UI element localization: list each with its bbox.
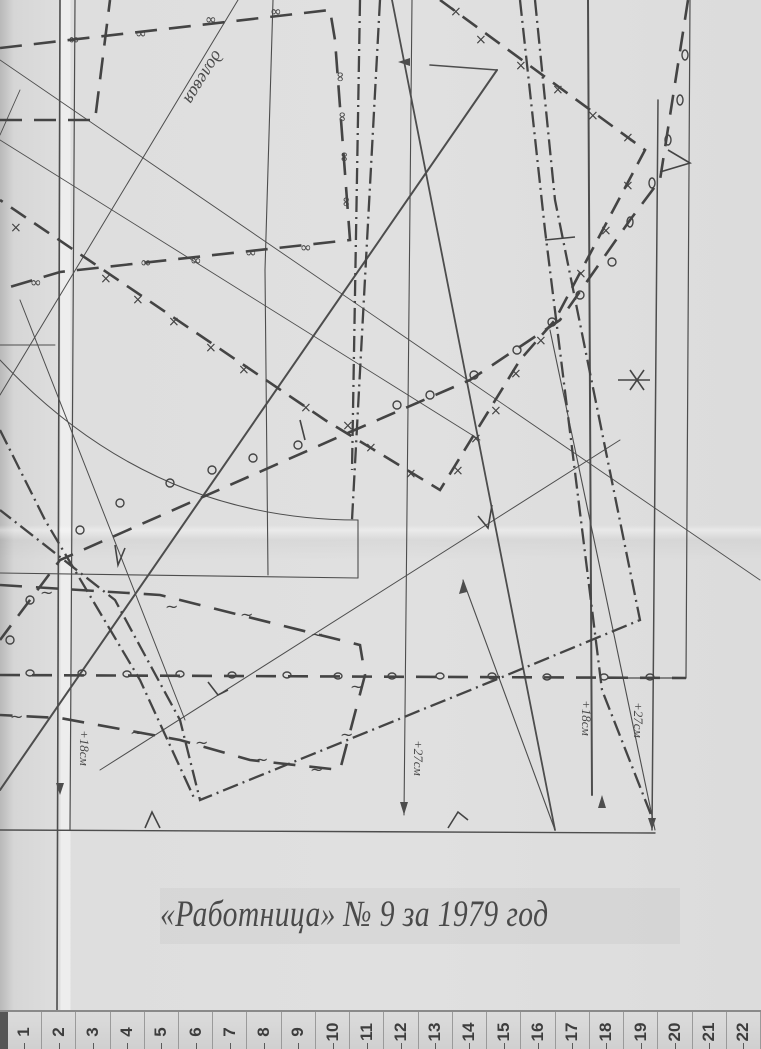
svg-text:~: ~ (130, 723, 143, 742)
svg-text:∞: ∞ (140, 255, 152, 271)
svg-text:×: × (515, 58, 527, 74)
svg-text:∞: ∞ (338, 196, 354, 208)
left-border-line (57, 0, 60, 1010)
svg-text:×: × (405, 466, 417, 482)
svg-text:×: × (535, 333, 547, 349)
svg-text:×: × (510, 366, 522, 382)
svg-text:×: × (575, 266, 587, 282)
svg-text:∞: ∞ (205, 12, 217, 28)
svg-text:~: ~ (310, 625, 323, 644)
svg-text:∞: ∞ (30, 275, 42, 291)
ruler-mark: 6 (179, 1012, 213, 1049)
svg-text:×: × (168, 314, 180, 330)
svg-text:~: ~ (255, 750, 268, 769)
magazine-caption: «Работница» № 9 за 1979 год (160, 893, 576, 936)
ruler-mark: 12 (384, 1012, 418, 1049)
ruler-mark: 4 (111, 1012, 145, 1049)
svg-text:~: ~ (310, 760, 323, 779)
svg-text:~: ~ (240, 605, 253, 624)
ruler-mark: 7 (213, 1012, 247, 1049)
svg-text:∞: ∞ (332, 71, 348, 83)
svg-text:×: × (205, 340, 217, 356)
ruler-mark: 9 (282, 1012, 316, 1049)
extension-label-middle-27cm: +27см (410, 740, 426, 776)
svg-text:∞: ∞ (270, 4, 282, 20)
ruler-mark: 15 (487, 1012, 521, 1049)
ruler-mark: 21 (693, 1012, 727, 1049)
svg-text:×: × (470, 431, 482, 447)
ruler-mark: 17 (556, 1012, 590, 1049)
ruler-mark: 16 (521, 1012, 555, 1049)
ruler-mark: 5 (145, 1012, 179, 1049)
svg-text:∞: ∞ (68, 32, 80, 48)
svg-text:×: × (238, 362, 250, 378)
svg-text:×: × (587, 108, 599, 124)
ruler-mark: 10 (316, 1012, 350, 1049)
svg-text:×: × (300, 400, 312, 416)
ruler-mark: 13 (419, 1012, 453, 1049)
svg-text:×: × (365, 440, 377, 456)
svg-text:∞: ∞ (300, 240, 312, 256)
svg-text:×: × (100, 271, 112, 287)
centimeter-ruler: 1 2 3 4 5 6 7 8 9 10 11 12 13 14 15 16 1… (0, 1010, 761, 1049)
ruler-mark: 3 (76, 1012, 110, 1049)
extension-label-right-27cm: +27см (630, 702, 646, 738)
ruler-mark: 19 (624, 1012, 658, 1049)
svg-text:×: × (132, 292, 144, 308)
ruler-mark: 2 (42, 1012, 76, 1049)
ruler-edge (0, 1012, 8, 1049)
ruler-mark: 22 (727, 1012, 761, 1049)
ruler-mark: 8 (247, 1012, 281, 1049)
svg-text:×: × (600, 223, 612, 239)
svg-text:×: × (490, 403, 502, 419)
svg-text:∞: ∞ (334, 111, 350, 123)
svg-text:×: × (622, 178, 634, 194)
ruler-mark: 11 (350, 1012, 384, 1049)
svg-text:~: ~ (40, 583, 53, 602)
svg-text:×: × (552, 82, 564, 98)
svg-text:∞: ∞ (190, 253, 202, 269)
svg-text:×: × (450, 4, 462, 20)
svg-text:∞: ∞ (336, 151, 352, 163)
ruler-mark: 20 (658, 1012, 692, 1049)
svg-text:~: ~ (10, 707, 23, 726)
svg-text:×: × (622, 130, 634, 146)
svg-text:×: × (10, 220, 22, 236)
svg-text:∞: ∞ (135, 26, 147, 42)
svg-text:~: ~ (165, 597, 178, 616)
extension-label-right-18cm: +18см (578, 700, 594, 736)
svg-text:~: ~ (350, 677, 363, 696)
ruler-mark: 1 (8, 1012, 42, 1049)
bottom-base-line (0, 830, 655, 833)
ruler-mark: 18 (590, 1012, 624, 1049)
svg-text:×: × (452, 463, 464, 479)
svg-text:∞: ∞ (245, 245, 257, 261)
svg-text:×: × (475, 32, 487, 48)
svg-text:~: ~ (195, 733, 208, 752)
ruler-mark: 14 (453, 1012, 487, 1049)
extension-label-left-18cm: +18см (76, 730, 92, 766)
